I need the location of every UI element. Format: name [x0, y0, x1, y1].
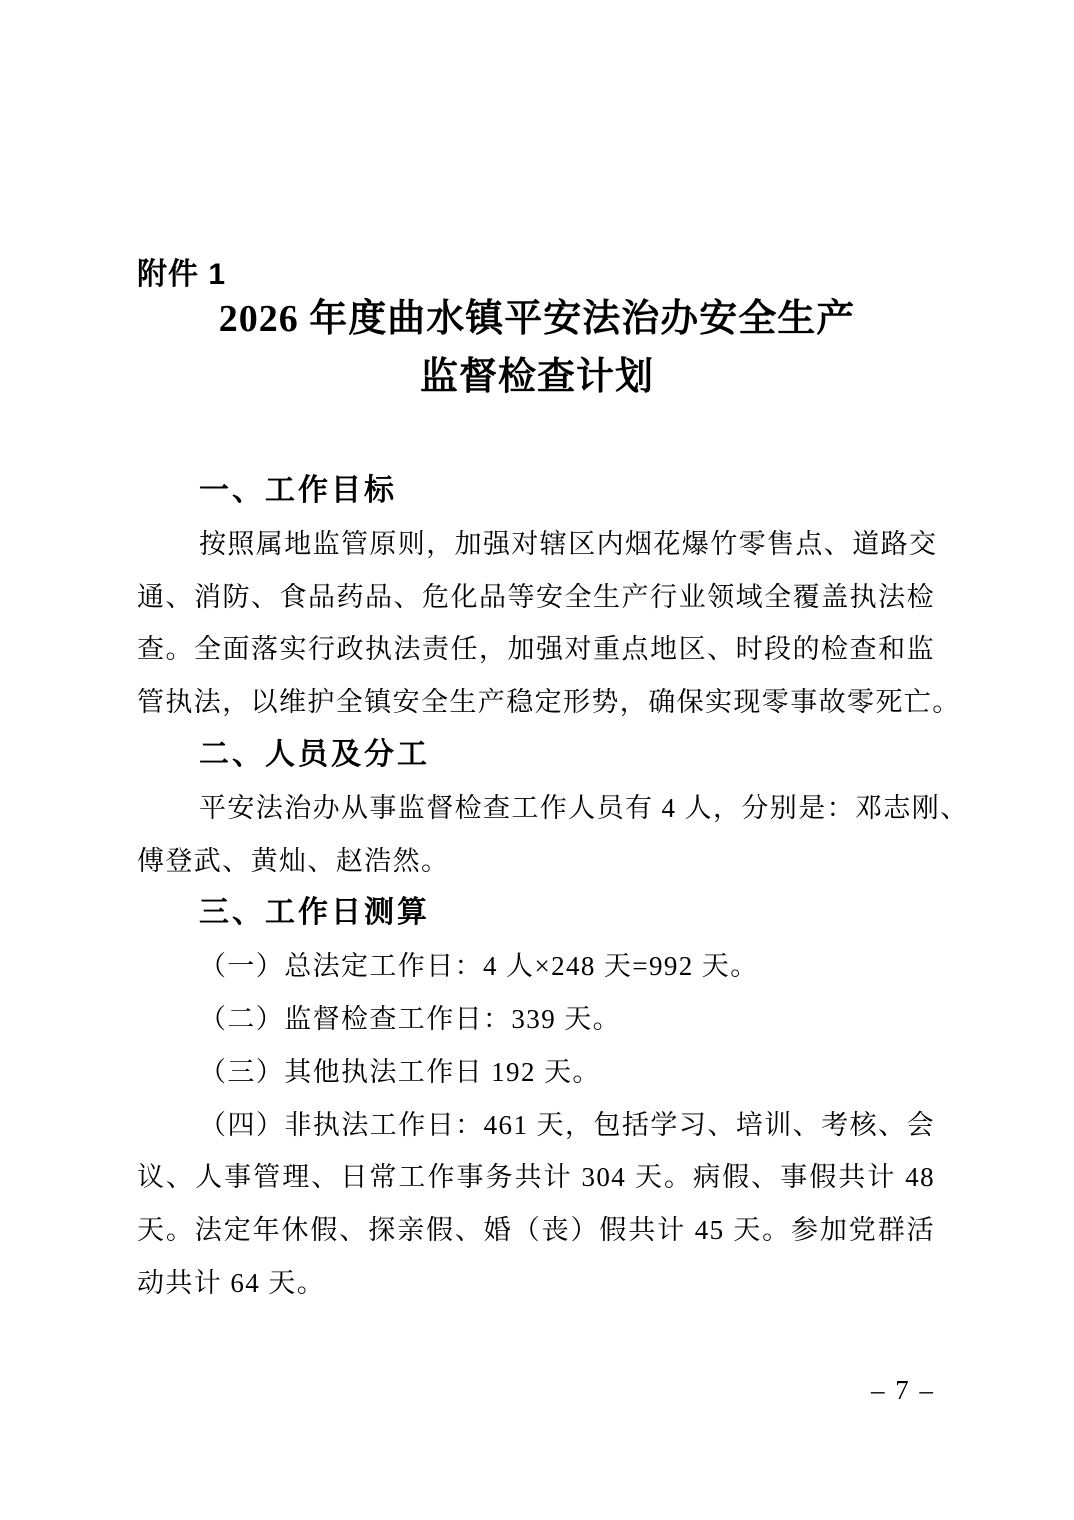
paragraph-line: 查。全面落实行政执法责任，加强对重点地区、时段的检查和监 — [137, 623, 935, 676]
paragraph-line: （三）其他执法工作日 192 天。 — [137, 1046, 935, 1099]
paragraph-line: （二）监督检查工作日：339 天。 — [137, 993, 935, 1046]
document-body: 一、工作目标按照属地监管原则，加强对辖区内烟花爆竹零售点、道路交通、消防、食品药… — [137, 465, 935, 1310]
paragraph-line: （四）非执法工作日：461 天，包括学习、培训、考核、会 — [137, 1099, 935, 1152]
paragraph-line: 平安法治办从事监督检查工作人员有 4 人，分别是：邓志刚、 — [137, 782, 935, 835]
attachment-label: 附件 1 — [137, 256, 226, 294]
paragraph-line: 动共计 64 天。 — [137, 1257, 935, 1310]
paragraph-line: 傅登武、黄灿、赵浩然。 — [137, 835, 935, 888]
section-heading: 一、工作目标 — [137, 465, 935, 518]
paragraph-line: 天。法定年休假、探亲假、婚（丧）假共计 45 天。参加党群活 — [137, 1204, 935, 1257]
section-heading: 二、人员及分工 — [137, 729, 935, 782]
paragraph-line: 按照属地监管原则，加强对辖区内烟花爆竹零售点、道路交 — [137, 518, 935, 571]
paragraph-line: 通、消防、食品药品、危化品等安全生产行业领域全覆盖执法检 — [137, 571, 935, 624]
paragraph-line: （一）总法定工作日：4 人×248 天=992 天。 — [137, 940, 935, 993]
document-page: 附件 1 2026 年度曲水镇平安法治办安全生产 监督检查计划 一、工作目标按照… — [0, 0, 1074, 1520]
document-title: 2026 年度曲水镇平安法治办安全生产 监督检查计划 — [0, 290, 1074, 406]
document-title-line-1: 2026 年度曲水镇平安法治办安全生产 — [0, 290, 1074, 348]
paragraph-line: 管执法，以维护全镇安全生产稳定形势，确保实现零事故零死亡。 — [137, 676, 935, 729]
section-heading: 三、工作日测算 — [137, 887, 935, 940]
paragraph-line: 议、人事管理、日常工作事务共计 304 天。病假、事假共计 48 — [137, 1151, 935, 1204]
document-title-line-2: 监督检查计划 — [0, 348, 1074, 406]
page-number: – 7 – — [871, 1372, 935, 1408]
